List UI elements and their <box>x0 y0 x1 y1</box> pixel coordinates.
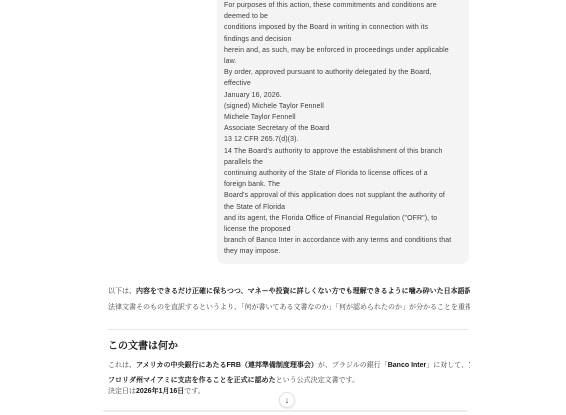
summary-l1-normal-1: これは、 <box>108 362 136 369</box>
scroll-to-bottom-button[interactable]: ↓ <box>279 392 295 408</box>
quoted-document-text: For purposes of this action, these commi… <box>224 0 459 258</box>
intro-line-2: 法律文書そのものを直訳するというより、「何が書いてある文書なのか」「何が認められ… <box>108 300 470 316</box>
summary-line-1: これは、アメリカの中央銀行にあたるFRB（連邦準備制度理事会）が、ブラジルの銀行… <box>108 358 470 373</box>
chat-response-area: For purposes of this action, these commi… <box>0 0 566 415</box>
intro-paragraph: 以下は、内容をできるだけ正確に保ちつつ、マネーや投資に詳しくない方でも理解できる… <box>108 284 470 316</box>
summary-l2-normal: という公式決定文書です。 <box>276 377 359 384</box>
decision-date-normal-2: です。 <box>184 388 204 395</box>
intro-line1-bold: 内容をできるだけ正確に保ちつつ、マネーや投資に詳しくない方でも理解できるように噛… <box>136 288 470 295</box>
intro-line-1: 以下は、内容をできるだけ正確に保ちつつ、マネーや投資に詳しくない方でも理解できる… <box>108 284 470 300</box>
decision-date-bold: 2026年1月16日 <box>136 388 184 395</box>
arrow-down-icon: ↓ <box>285 396 290 405</box>
summary-l1-bold-1: アメリカの中央銀行にあたるFRB（連邦準備制度理事会） <box>136 362 318 369</box>
quoted-document-block: For purposes of this action, these commi… <box>217 0 469 264</box>
intro-line1-normal-1: 以下は、 <box>108 288 136 295</box>
summary-l1-normal-3: 」に対して、 <box>426 362 468 369</box>
section-heading: この文書は何か <box>108 340 178 353</box>
summary-l1-bold-3: アメリカ・ <box>468 362 470 369</box>
decision-date-normal-1: 決定日は <box>108 388 136 395</box>
section-divider <box>108 329 468 330</box>
summary-l1-normal-2: が、ブラジルの銀行「 <box>318 362 388 369</box>
summary-l1-bold-2: Banco Inter <box>388 362 427 369</box>
summary-l2-bold: フロリダ州マイアミに支店を作ることを正式に認めた <box>108 377 276 384</box>
bottom-divider <box>103 410 468 412</box>
